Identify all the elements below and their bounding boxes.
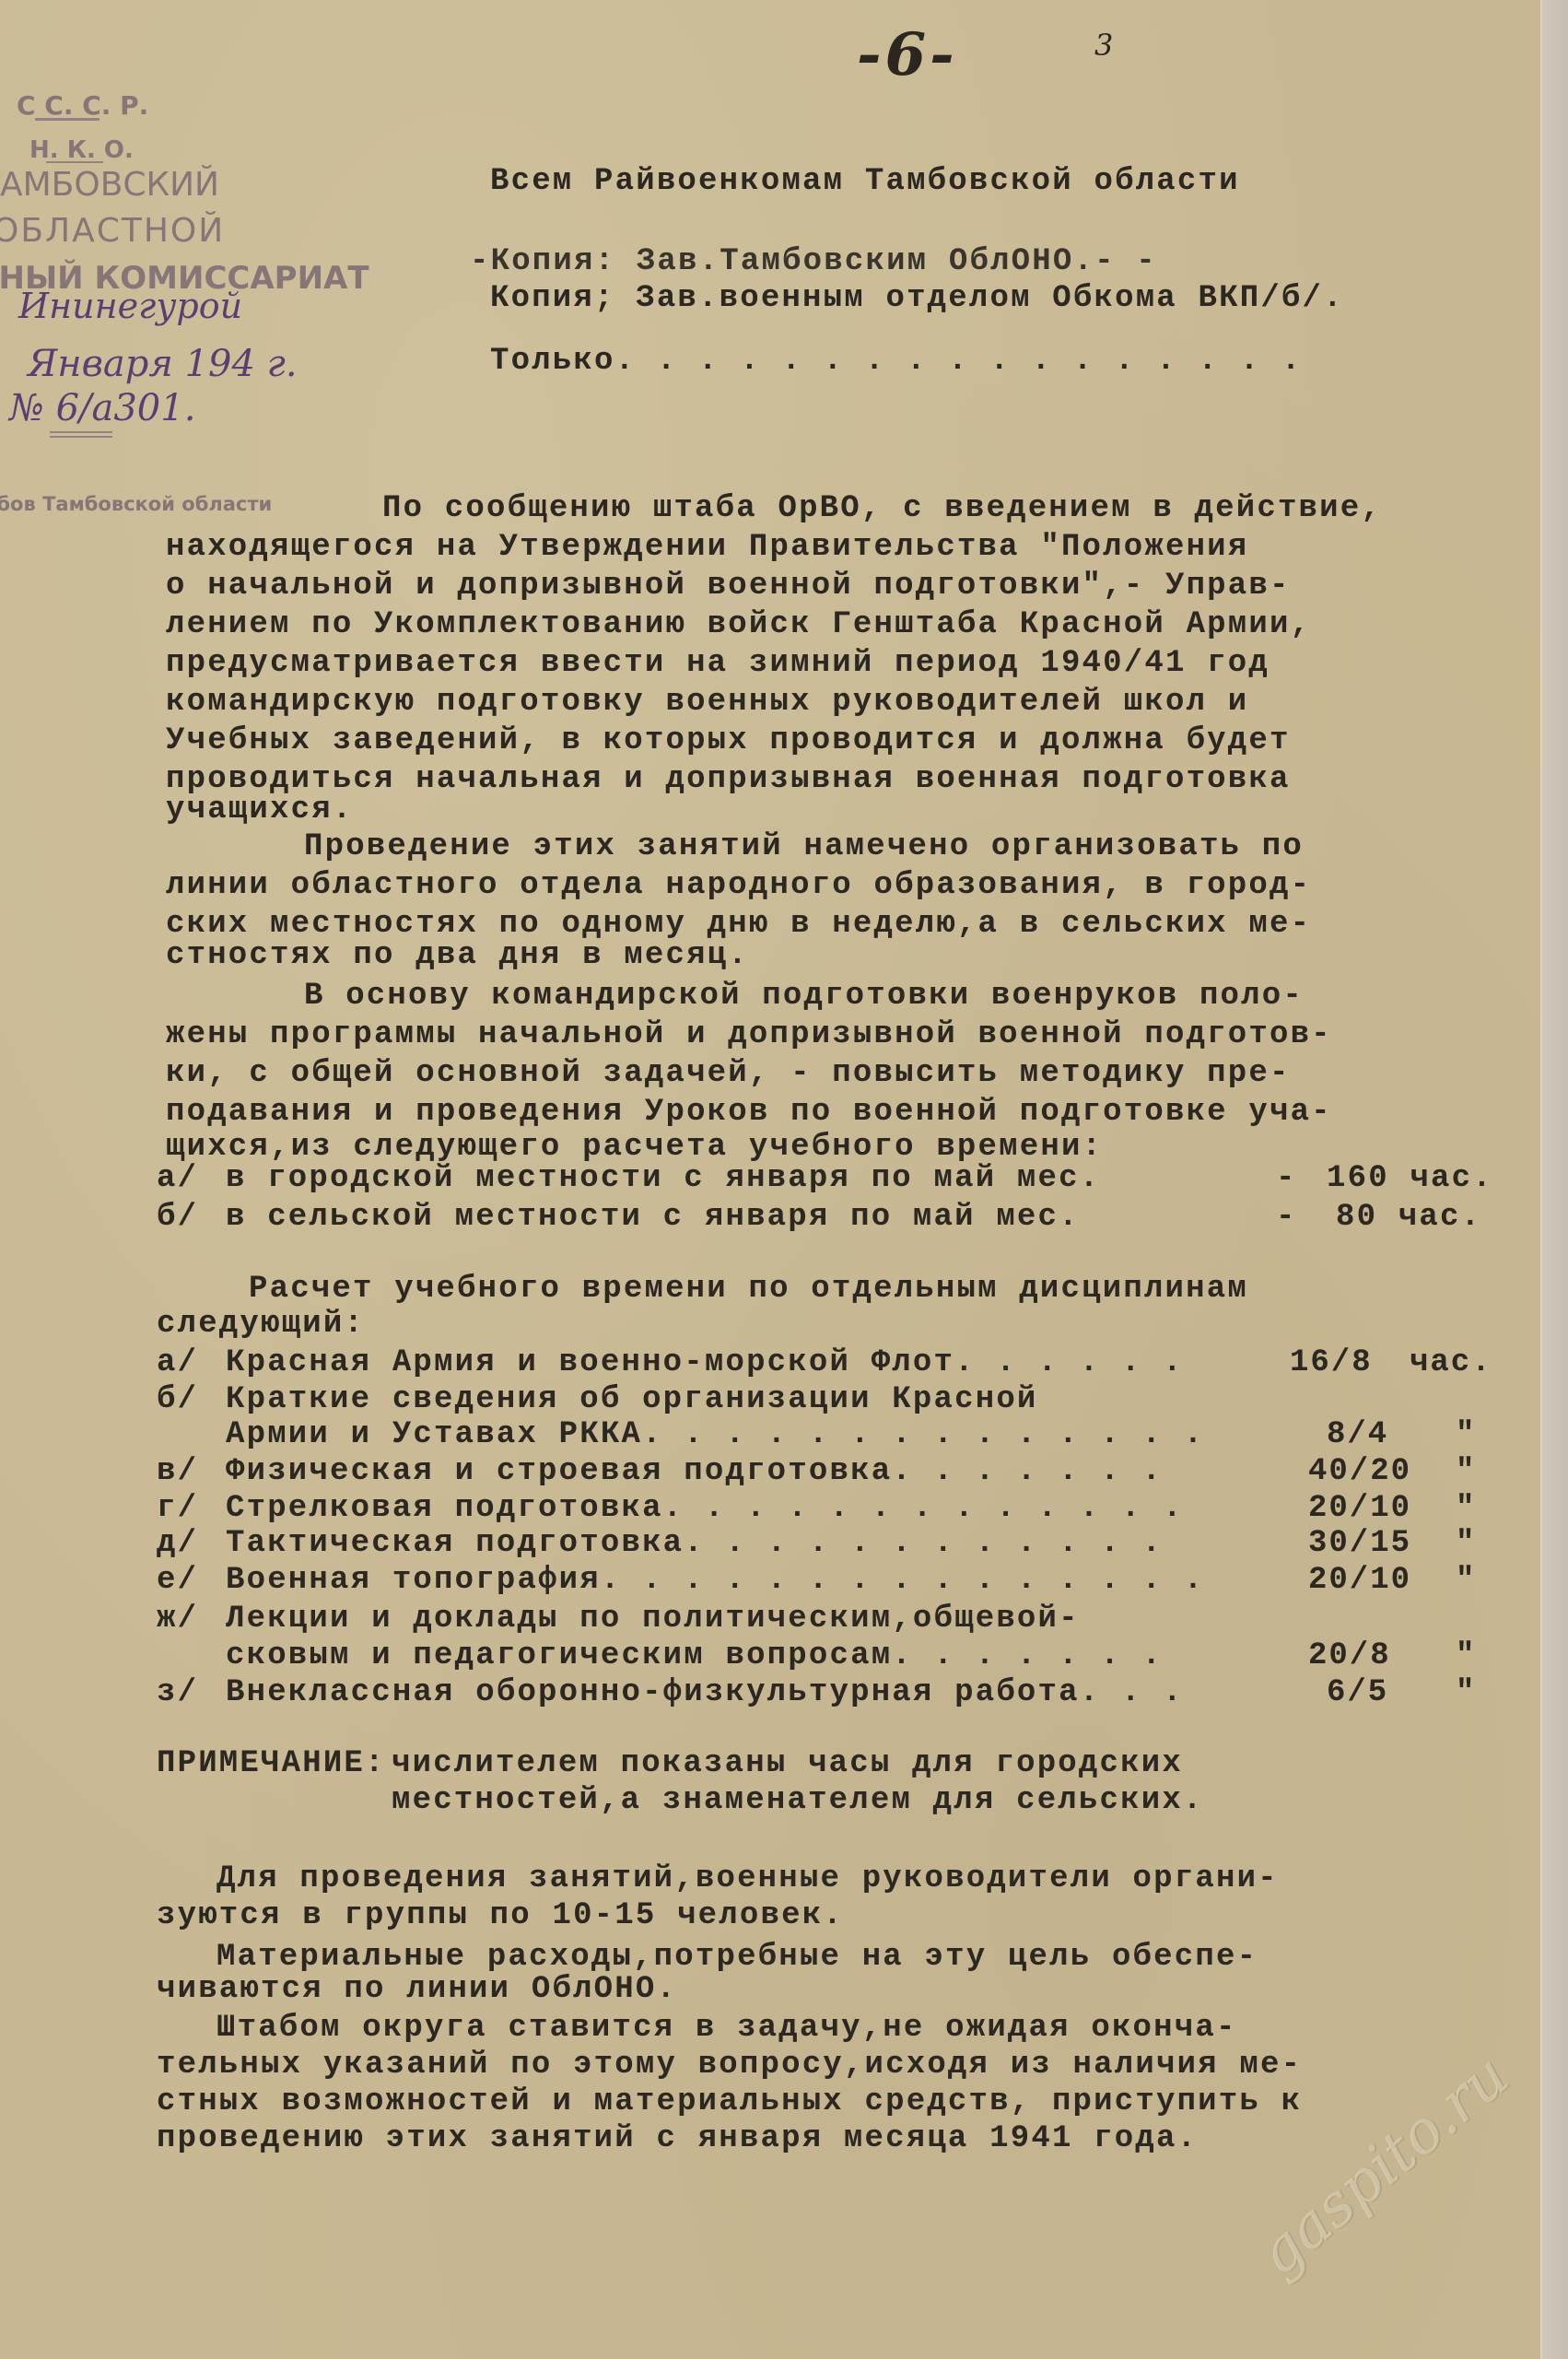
item-marker: в/	[157, 1454, 198, 1489]
text-line: чиваются по линии ОблОНО.	[157, 1972, 677, 2007]
item-dash: -	[1276, 1200, 1297, 1235]
stamp-rule	[50, 431, 112, 433]
stamp-city-line: гор. Тамбов Тамбовской области	[0, 493, 272, 515]
item-text-cont: Армии и Уставах РККА. . . . . . . . . . …	[226, 1417, 1204, 1452]
item-marker: а/	[157, 1161, 198, 1196]
text-line: проведению этих занятий с января месяца …	[157, 2121, 1198, 2156]
handwritten-day: Ининегурой	[18, 286, 242, 326]
item-unit: "	[1456, 1454, 1476, 1489]
item-marker: ж/	[157, 1602, 198, 1637]
note-line-1: числителем показаны часы для городских	[392, 1746, 1183, 1781]
item-text: в городской местности с января по май ме…	[226, 1161, 1100, 1196]
item-unit: "	[1456, 1675, 1476, 1710]
item-text: Тактическая подготовка. . . . . . . . . …	[226, 1526, 1163, 1561]
item-hours: 30/15	[1308, 1526, 1411, 1561]
item-text: Внеклассная оборонно-физкультурная работ…	[226, 1675, 1184, 1710]
item-unit: "	[1456, 1563, 1476, 1598]
item-hours: 80 час.	[1336, 1200, 1481, 1235]
item-marker: б/	[157, 1200, 198, 1235]
item-hours: 6/5	[1327, 1675, 1388, 1710]
handwritten-number: № 6/а301.	[9, 387, 195, 429]
item-text: Краткие сведения об организации Красной	[226, 1382, 1038, 1417]
page-number-handwritten: -6-	[857, 20, 958, 89]
item-hours: 40/20	[1308, 1454, 1411, 1489]
text-line: линии областного отдела народного образо…	[166, 868, 1311, 903]
item-text: Физическая и строевая подготовка. . . . …	[226, 1454, 1163, 1489]
text-line: учащихся.	[166, 792, 353, 827]
item-marker: б/	[157, 1382, 198, 1417]
text-line: тельных указаний по этому вопросу,исходя…	[157, 2048, 1302, 2083]
stamp-line-ussr: С С. С. Р.	[17, 90, 148, 121]
addressee: Всем Райвоенкомам Тамбовской области	[490, 164, 1240, 199]
stamp-line-nko: Н. К. О.	[29, 136, 134, 164]
item-hours: 20/10	[1308, 1563, 1411, 1598]
page-edge	[1540, 0, 1568, 2359]
only-line: Только. . . . . . . . . . . . . . . . .	[490, 344, 1303, 379]
text-line: жены программы начальной и допризывной в…	[166, 1017, 1332, 1052]
stamp-line-oblast: ОБЛАСТНОЙ	[0, 212, 225, 250]
note-label: ПРИМЕЧАНИЕ:	[157, 1746, 386, 1781]
sheet-number: 3	[1094, 28, 1113, 63]
item-text: Военная топография. . . . . . . . . . . …	[226, 1563, 1204, 1598]
item-hours: 20/8	[1308, 1638, 1391, 1673]
item-hours: 160 час.	[1327, 1161, 1493, 1196]
item-unit: "	[1456, 1638, 1476, 1673]
stamp-rule	[46, 161, 103, 163]
item-hours: 16/8	[1290, 1345, 1373, 1380]
item-unit: "	[1456, 1417, 1476, 1452]
copy-line-2: Копия; Зав.военным отделом Обкома ВКП/б/…	[490, 281, 1344, 316]
text-line: Проведение этих занятий намечено организ…	[304, 829, 1304, 864]
text-line: находящегося на Утверждении Правительств…	[166, 530, 1248, 565]
text-line: ских местностях по одному дню в неделю,а…	[166, 907, 1311, 942]
item-marker: а/	[157, 1345, 198, 1380]
item-text-cont: сковым и педагогическим вопросам. . . . …	[226, 1638, 1163, 1673]
text-line: По сообщению штаба ОрВО, с введением в д…	[382, 491, 1382, 526]
item-unit: "	[1456, 1526, 1476, 1561]
item-hours: 8/4	[1327, 1417, 1388, 1452]
item-unit: час.	[1410, 1345, 1492, 1380]
text-line: Штабом округа ставится в задачу,не ожида…	[216, 2011, 1237, 2046]
item-marker: г/	[157, 1491, 198, 1526]
text-line: зуются в группы по 10-15 человек.	[157, 1898, 844, 1933]
text-line: предусматривается ввести на зимний перио…	[166, 646, 1270, 681]
stamp-line-region: ТАМБОВСКИЙ	[0, 166, 219, 204]
text-line: ки, с общей основной задачей, - повысить…	[166, 1056, 1291, 1091]
disciplines-intro-cont: следующий:	[157, 1307, 365, 1342]
item-text: в сельской местности с января по май мес…	[226, 1200, 1080, 1235]
handwritten-month-year: Января 194 г.	[28, 343, 298, 385]
text-line: о начальной и допризывной военной подгот…	[166, 569, 1291, 604]
item-marker: е/	[157, 1563, 198, 1598]
note-line-2: местностей,а знаменателем для сельских.	[392, 1783, 1204, 1818]
item-hours: 20/10	[1308, 1491, 1411, 1526]
text-line: лением по Укомплектованию войск Генштаба…	[166, 607, 1311, 642]
item-text: Красная Армия и военно-морской Флот. . .…	[226, 1345, 1184, 1380]
stamp-rule	[50, 436, 112, 438]
text-line: Для проведения занятий,военные руководит…	[216, 1861, 1279, 1896]
item-text: Лекции и доклады по политическим,общевой…	[226, 1602, 1080, 1637]
text-line: Учебных заведений, в которых проводится …	[166, 723, 1291, 758]
text-line: Материальные расходы,потребные на эту це…	[216, 1940, 1258, 1975]
copy-line-1: -Копия: Зав.Тамбовским ОблОНО.- -	[470, 244, 1157, 279]
text-line: щихся,из следующего расчета учебного вре…	[166, 1130, 1103, 1165]
item-text: Стрелковая подготовка. . . . . . . . . .…	[226, 1491, 1184, 1526]
disciplines-intro: Расчет учебного времени по отдельным дис…	[249, 1272, 1248, 1307]
text-line: стных возможностей и материальных средст…	[157, 2084, 1302, 2119]
text-line: В основу командирской подготовки военрук…	[304, 979, 1304, 1014]
text-line: подавания и проведения Уроков по военной…	[166, 1095, 1332, 1130]
text-line: стностях по два дня в месяц.	[166, 938, 749, 973]
item-marker: з/	[157, 1675, 198, 1710]
item-unit: "	[1456, 1491, 1476, 1526]
text-line: командирскую подготовку военных руководи…	[166, 685, 1248, 720]
item-dash: -	[1276, 1161, 1297, 1196]
item-marker: д/	[157, 1526, 198, 1561]
stamp-rule	[35, 118, 99, 121]
